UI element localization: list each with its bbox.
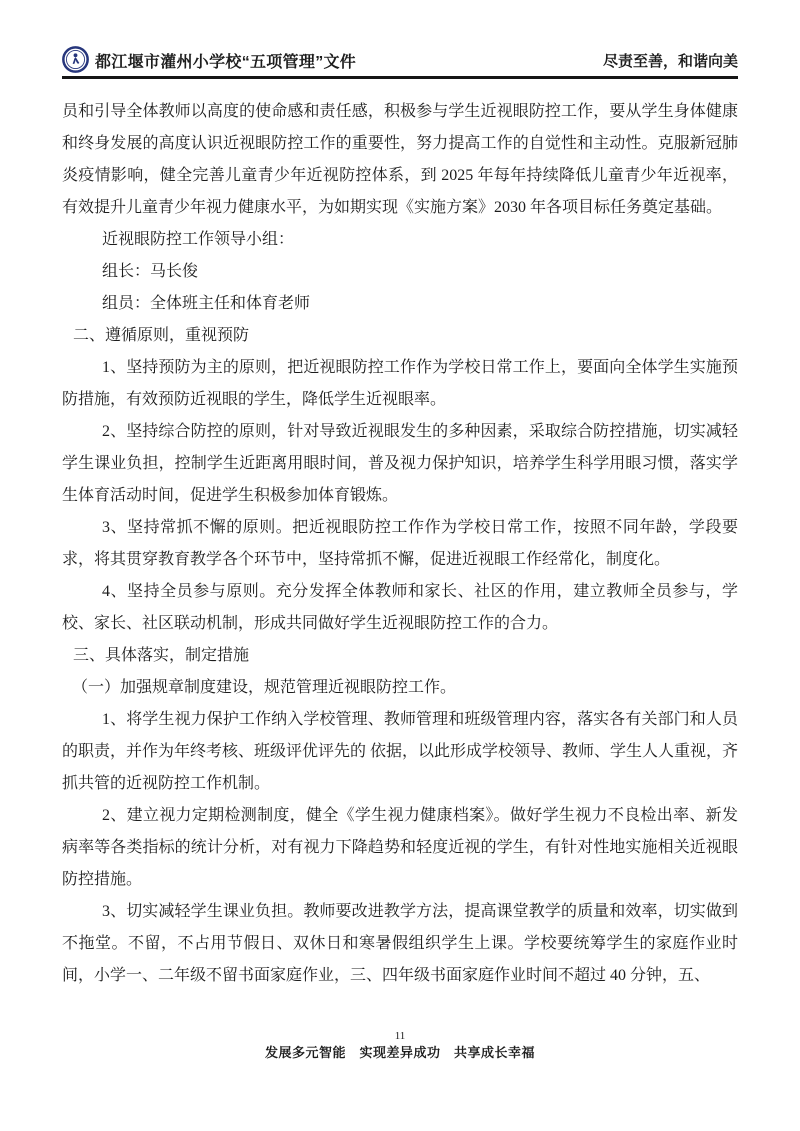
school-seal-icon	[62, 46, 89, 73]
body-paragraph: 2、坚持综合防控的原则，针对导致近视眼发生的多种因素，采取综合防控措施，切实减轻…	[62, 416, 738, 512]
body-paragraph: 4、坚持全员参与原则。充分发挥全体教师和家长、社区的作用，建立教师全员参与，学校…	[62, 576, 738, 640]
body-paragraph: 近视眼防控工作领导小组：	[62, 224, 738, 256]
sub-section-heading: （一）加强规章制度建设，规范管理近视眼防控工作。	[62, 672, 738, 704]
body-paragraph: 1、将学生视力保护工作纳入学校管理、教师管理和班级管理内容，落实各有关部门和人员…	[62, 704, 738, 800]
page-header: 都江堰市灌州小学校“五项管理”文件 尽责至善，和谐向美	[62, 44, 738, 79]
footer-motto: 发展多元智能 实现差异成功 共享成长幸福	[0, 1044, 800, 1062]
body-paragraph: 2、建立视力定期检测制度，健全《学生视力健康档案》。做好学生视力不良检出率、新发…	[62, 800, 738, 896]
body-paragraph: 3、切实减轻学生课业负担。教师要改进教学方法，提高课堂教学的质量和效率，切实做到…	[62, 896, 738, 992]
page-number: 11	[0, 1029, 800, 1043]
section-heading: 三、具体落实，制定措施	[62, 640, 738, 672]
document-page: 都江堰市灌州小学校“五项管理”文件 尽责至善，和谐向美 员和引导全体教师以高度的…	[0, 0, 800, 1131]
body-paragraph: 组长：马长俊	[62, 256, 738, 288]
body-paragraph: 员和引导全体教师以高度的使命感和责任感，积极参与学生近视眼防控工作，要从学生身体…	[62, 96, 738, 224]
body-paragraph: 1、坚持预防为主的原则，把近视眼防控工作作为学校日常工作上，要面向全体学生实施预…	[62, 352, 738, 416]
header-title: 都江堰市灌州小学校“五项管理”文件	[95, 49, 356, 72]
header-slogan: 尽责至善，和谐向美	[603, 50, 738, 71]
document-body: 员和引导全体教师以高度的使命感和责任感，积极参与学生近视眼防控工作，要从学生身体…	[62, 96, 738, 992]
body-paragraph: 3、坚持常抓不懈的原则。把近视眼防控工作作为学校日常工作，按照不同年龄，学段要求…	[62, 512, 738, 576]
section-heading: 二、遵循原则，重视预防	[62, 320, 738, 352]
body-paragraph: 组员：全体班主任和体育老师	[62, 288, 738, 320]
